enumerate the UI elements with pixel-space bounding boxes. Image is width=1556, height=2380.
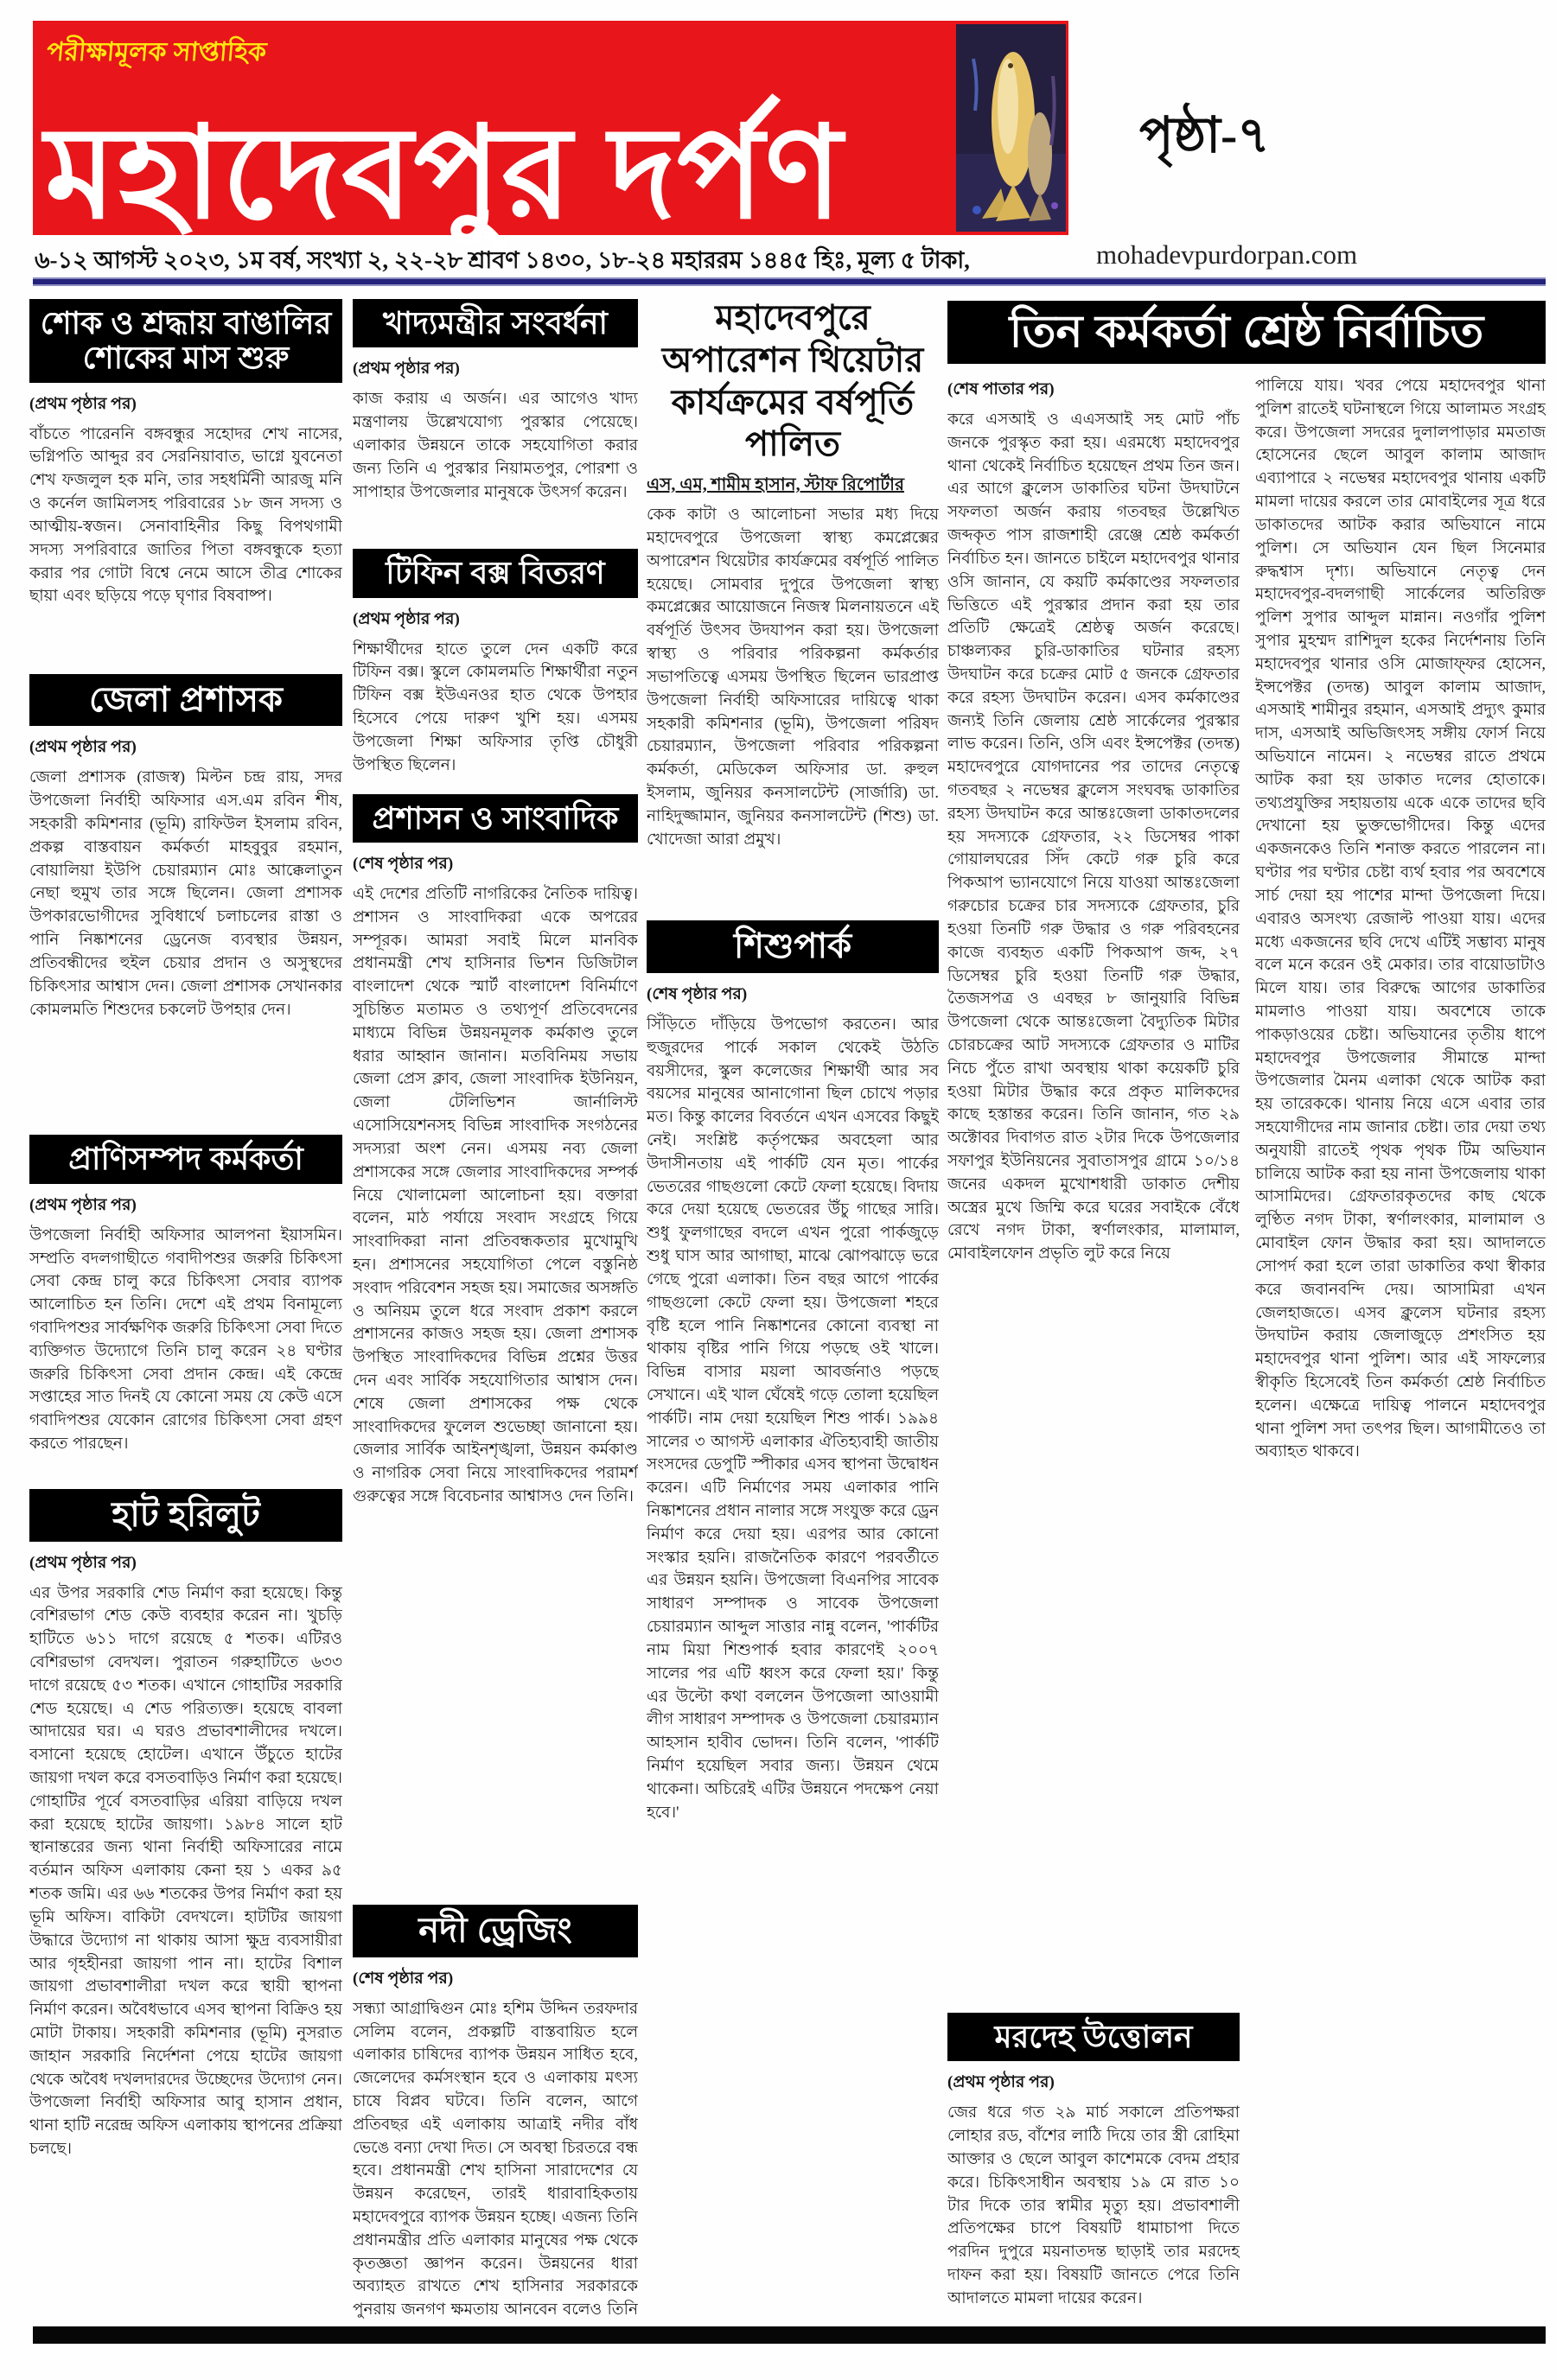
masthead-tagline: পরীক্ষামূলক সাপ্তাহিক (45, 31, 268, 75)
article-body-shok-mas: বাঁচতে পারেননি বঙ্গবন্ধুর সহোদর শেখ নাসে… (29, 423, 342, 662)
article-body-operation-theatre: কেক কাটা ও আলোচনা সভার মধ্য দিয়ে মহাদেব… (647, 504, 939, 908)
column-5: পালিয়ে যায়। খবর পেয়ে মহাদেবপুর থানা প… (1255, 375, 1546, 2326)
headline-khaddo-montri: খাদ্যমন্ত্রীর সংবর্ধনা (353, 299, 638, 347)
byline-operation-theatre: এস, এম, শামীম হাসান, স্টাফ রিপোর্টার (647, 473, 939, 497)
headline-nodi-dredging: নদী ড্রেজিং (353, 1905, 638, 1957)
continuation-note: (শেষ পৃষ্ঠার পর) (353, 1966, 638, 1994)
newspaper-page: পরীক্ষামূলক সাপ্তাহিক মহাদেবপুর দর্পণ পৃ… (0, 0, 1556, 2380)
continuation-note: (প্রথম পৃষ্ঠার পর) (29, 1550, 342, 1578)
fish-photo-icon (956, 24, 1066, 232)
headline-hat-horilut: হাট হরিলুট (29, 1489, 342, 1542)
continuation-note: (প্রথম পৃষ্ঠার পর) (947, 2070, 1240, 2097)
article-body-khaddo-montri: কাজ করায় এ অর্জন। এর আগেও খাদ্য মন্ত্রণ… (353, 388, 638, 537)
page-number: পৃষ্ঠা-৭ (1139, 97, 1270, 181)
fish-illustration (956, 24, 1066, 232)
headline-tin-kormokorta: তিন কর্মকর্তা শ্রেষ্ঠ নির্বাচিত (947, 301, 1546, 364)
headline-shishupark: শিশুপার্ক (647, 920, 939, 973)
continuation-note: (শেষ পাতার পর) (947, 377, 1240, 404)
article-body-tin-kormokorta-col4: করে এসআই ও এএসআই সহ মোট পাঁচ জনকে পুরস্ক… (947, 409, 1240, 2001)
headline-pranisampad: প্রাণিসম্পদ কর্মকর্তা (29, 1135, 342, 1183)
article-body-shishupark: সিঁড়িতে দাঁড়িয়ে উপভোগ করতেন। আর হুজুর… (647, 1014, 939, 1824)
continuation-note: (প্রথম পৃষ্ঠার পর) (29, 1193, 342, 1220)
column-3: মহাদেবপুরে অপারেশন থিয়েটার কার্যক্রমের … (647, 294, 939, 2326)
masthead-banner: পরীক্ষামূলক সাপ্তাহিক মহাদেবপুর দর্পণ (33, 21, 1068, 235)
article-body-nodi-dredging: সন্ধ্যা আগ্রাদ্বিগুন মোঃ হশিম উদ্দিন তরফ… (353, 1998, 638, 2326)
headline-jela-proshasok: জেলা প্রশাসক (29, 674, 342, 727)
continuation-note: (প্রথম পৃষ্ঠার পর) (353, 356, 638, 384)
continuation-note: (প্রথম পৃষ্ঠার পর) (29, 735, 342, 762)
column-4: (শেষ পাতার পর) করে এসআই ও এএসআই সহ মোট প… (947, 375, 1240, 2326)
headline-tiffin-box: টিফিন বক্স বিতরণ (353, 549, 638, 597)
column-1: শোক ও শ্রদ্ধায় বাঙালির শোকের মাস শুরু (… (29, 294, 342, 2326)
article-body-jela-proshasok: জেলা প্রশাসক (রাজস্ব) মিল্টন চন্দ্র রায়… (29, 767, 342, 1123)
headline-proshason-sangbadik: প্রশাসন ও সাংবাদিক (353, 794, 638, 843)
headline-operation-theatre: মহাদেবপুরে অপারেশন থিয়েটার কার্যক্রমের … (647, 297, 939, 466)
continuation-note: (শেষ পৃষ্ঠার পর) (353, 851, 638, 879)
article-body-tin-kormokorta-col5: পালিয়ে যায়। খবর পেয়ে মহাদেবপুর থানা প… (1255, 375, 1546, 1464)
article-body-mordeho: জের ধরে গত ২৯ মার্চ সকালে প্রতিপক্ষরা লো… (947, 2102, 1240, 2310)
column-2: খাদ্যমন্ত্রীর সংবর্ধনা (প্রথম পৃষ্ঠার পর… (353, 294, 638, 2326)
headline-mordeho-uttolon: মরদেহ উত্তোলন (947, 2013, 1240, 2061)
headline-shok-mas: শোক ও শ্রদ্ধায় বাঙালির শোকের মাস শুরু (29, 299, 342, 383)
website-link[interactable]: mohadevpurdorpan.com (1096, 239, 1357, 270)
dateline: ৬-১২ আগস্ট ২০২৩, ১ম বর্ষ, সংখ্যা ২, ২২-২… (35, 243, 1085, 282)
article-body-hat-horilut: এর উপর সরকারি শেড নির্মাণ করা হয়েছে। কি… (29, 1582, 342, 2161)
continuation-note: (প্রথম পৃষ্ঠার পর) (29, 391, 342, 419)
masthead-title: মহাদেবপুর দর্পণ (45, 107, 843, 240)
continuation-note: (প্রথম পৃষ্ঠার পর) (353, 607, 638, 634)
masthead-separator (33, 277, 1546, 286)
article-body-tiffin-box: শিক্ষার্থীদের হাতে তুলে দেন একটি করে টিফ… (353, 639, 638, 782)
continuation-note: (শেষ পৃষ্ঠার পর) (647, 982, 939, 1009)
article-body-pranisampad: উপজেলা নির্বাহী অফিসার আলপনা ইয়াসমিন। স… (29, 1225, 342, 1477)
article-body-proshason-sangbadik: এই দেশের প্রতিটি নাগরিকের নৈতিক দায়িত্ব… (353, 883, 638, 1893)
bottom-rule (33, 2326, 1546, 2344)
